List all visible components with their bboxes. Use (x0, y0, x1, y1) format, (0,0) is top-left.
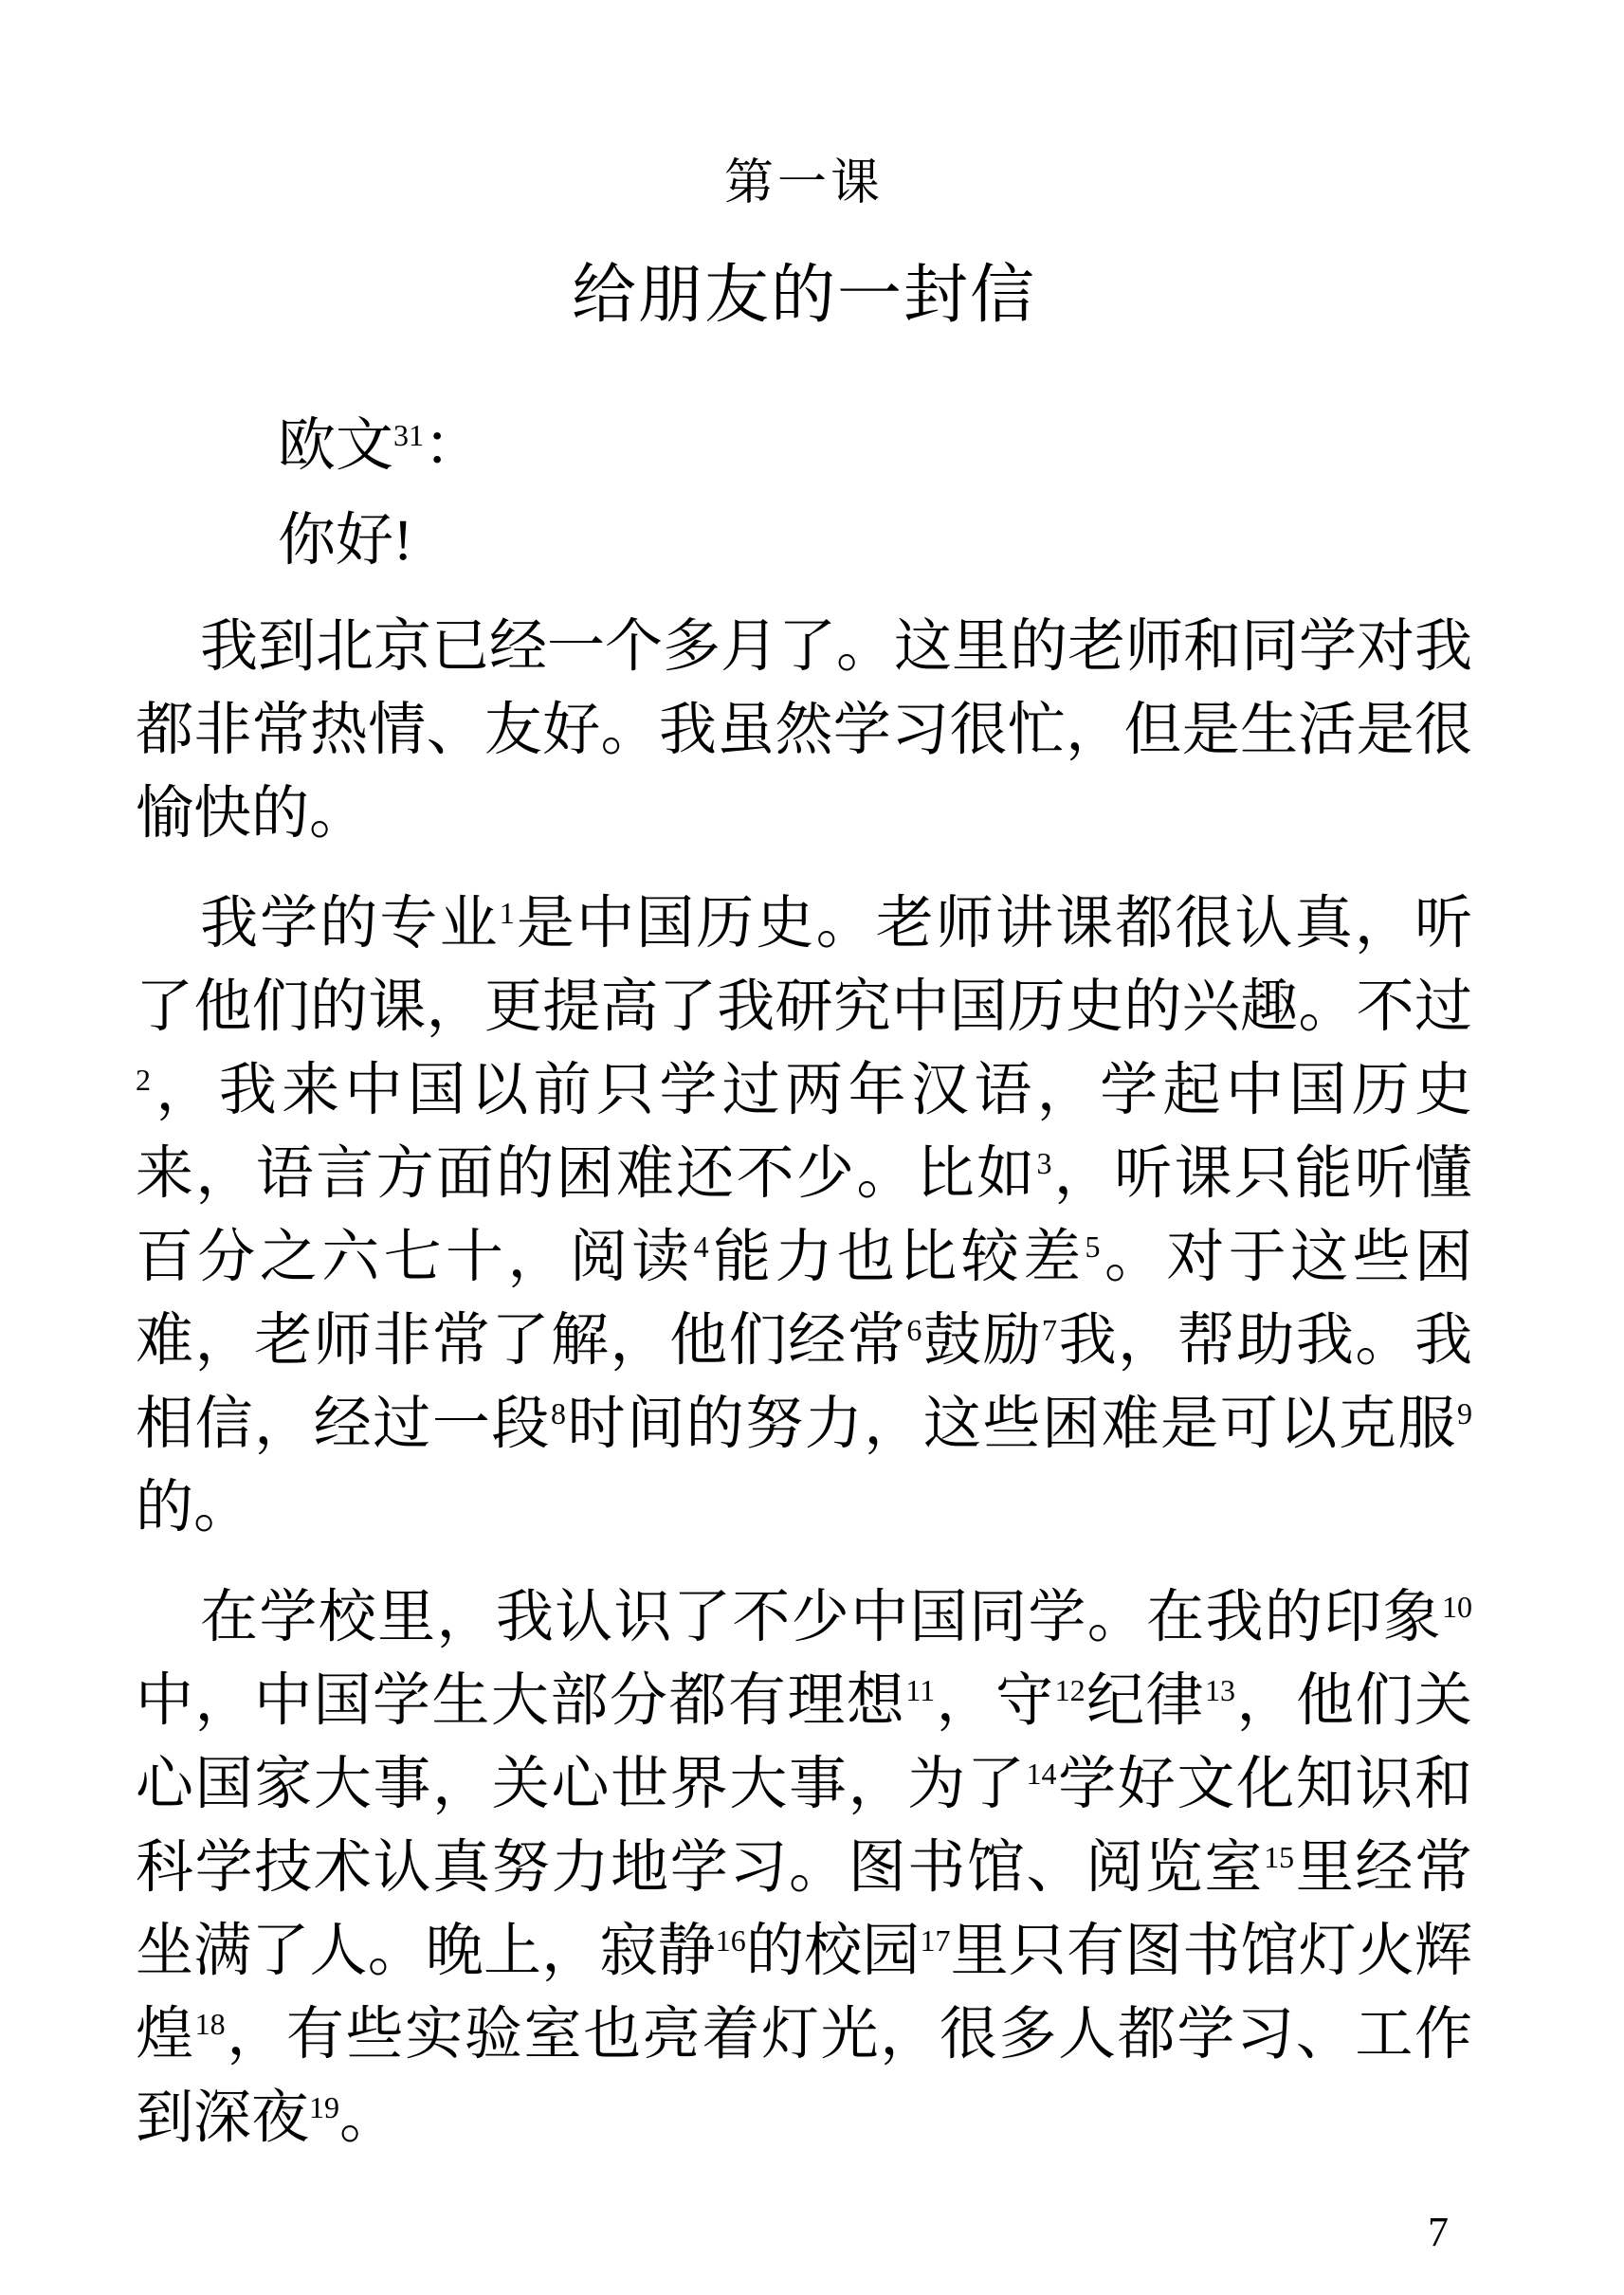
page-number: 7 (1428, 2212, 1449, 2253)
letter-paragraph: 我到北京已经一个多月了。这里的老师和同学对我都非常热情、友好。我虽然学习很忙，但… (136, 606, 1472, 856)
page-content: 第一课 给朋友的一封信 欧文31： 你好! 我到北京已经一个多月了。这里的老师和… (136, 0, 1472, 2160)
letter-paragraph: 在学校里，我认识了不少中国同学。在我的印象10中，中国学生大部分都有理想11，守… (136, 1576, 1472, 2160)
footnote-marker: 31 (393, 418, 424, 452)
footnote-marker: 16 (716, 1923, 746, 1958)
footnote-marker: 15 (1264, 1840, 1294, 1874)
footnote-marker: 14 (1027, 1757, 1057, 1791)
footnote-marker: 6 (906, 1313, 921, 1347)
lesson-number-heading: 第一课 (136, 155, 1472, 213)
footnote-marker: 1 (500, 896, 515, 930)
textbook-page: 第一课 给朋友的一封信 欧文31： 你好! 我到北京已经一个多月了。这里的老师和… (0, 0, 1624, 2295)
footnote-marker: 10 (1442, 1590, 1472, 1624)
footnote-marker: 7 (1042, 1313, 1057, 1347)
lesson-title: 给朋友的一封信 (136, 257, 1472, 335)
footnote-marker: 11 (905, 1673, 935, 1707)
greeting: 你好! (278, 500, 1472, 583)
footnote-marker: 13 (1205, 1673, 1235, 1707)
footnote-marker: 17 (920, 1923, 950, 1958)
footnote-marker: 8 (551, 1396, 566, 1430)
footnote-marker: 2 (136, 1063, 151, 1097)
footnote-marker: 5 (1086, 1229, 1101, 1264)
footnote-marker: 12 (1055, 1673, 1086, 1707)
footnote-marker: 9 (1457, 1396, 1472, 1430)
footnote-marker: 19 (309, 2090, 339, 2124)
footnote-marker: 4 (694, 1229, 709, 1264)
letter-body: 我到北京已经一个多月了。这里的老师和同学对我都非常热情、友好。我虽然学习很忙，但… (136, 606, 1472, 2160)
footnote-marker: 18 (195, 2007, 226, 2041)
salutation: 欧文31： (278, 405, 1472, 488)
footnote-marker: 3 (1036, 1146, 1051, 1180)
letter-paragraph: 我学的专业1是中国历史。老师讲课都很认真，听了他们的课，更提高了我研究中国历史的… (136, 883, 1472, 1550)
